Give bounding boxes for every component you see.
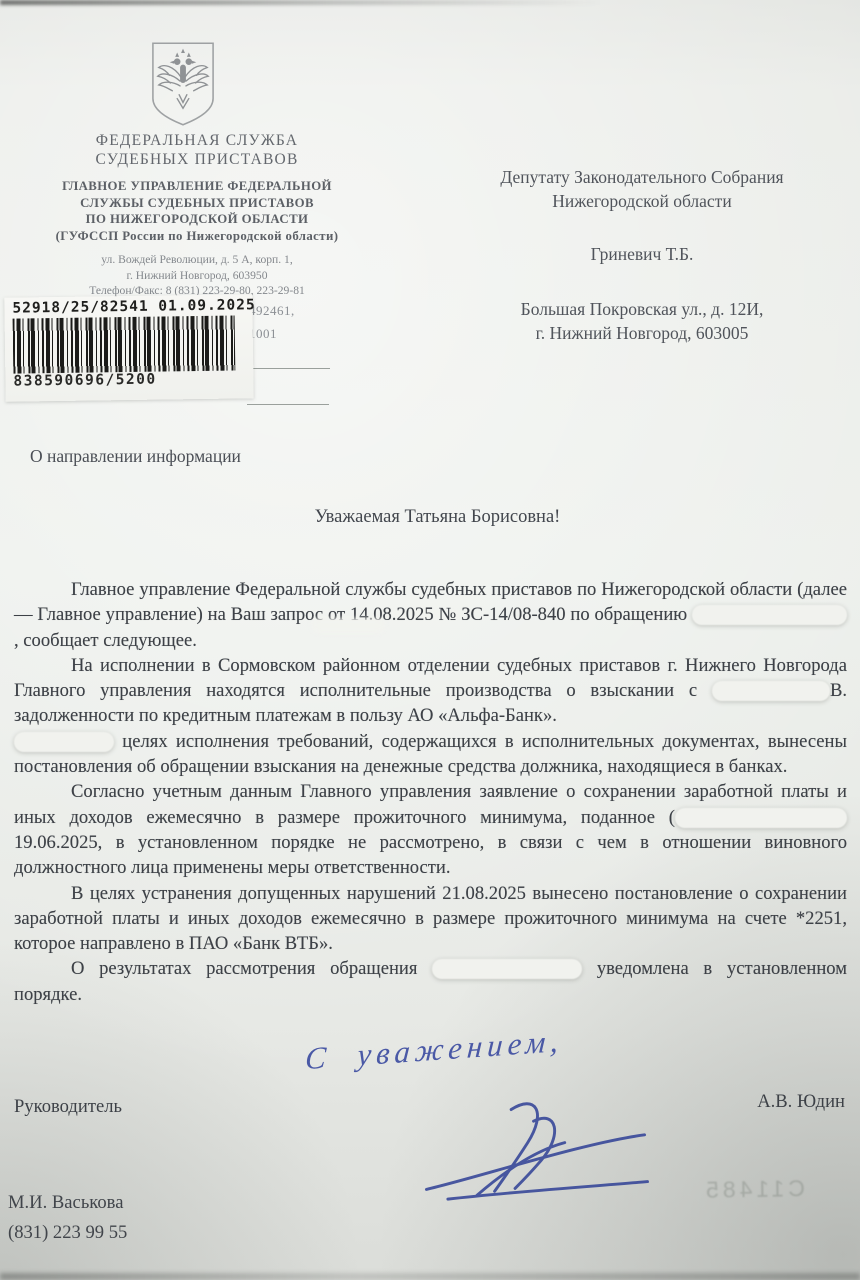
subject-line: О направлении информации [30,446,241,467]
recipient-address-line: г. Нижний Новгород, 603005 [438,321,846,345]
body-text-segment: целях исполнения требований, содержащихс… [14,731,847,777]
department-name: ГЛАВНОЕ УПРАВЛЕНИЕ ФЕДЕРАЛЬНОЙ СЛУЖБЫ СУ… [26,178,368,244]
executor-block: М.И. Васькова (831) 223 99 55 [8,1188,127,1248]
scanned-letter-page: ФЕДЕРАЛЬНАЯ СЛУЖБА СУДЕБНЫХ ПРИСТАВОВ ГЛ… [0,0,860,1280]
show-through-stamp-number: С11485 [702,1175,805,1204]
department-name-line: (ГУФССП России по Нижегородской области) [26,228,368,245]
agency-name-line: ФЕДЕРАЛЬНАЯ СЛУЖБА [38,131,356,150]
correction-smudge [311,618,385,633]
agency-name: ФЕДЕРАЛЬНАЯ СЛУЖБА СУДЕБНЫХ ПРИСТАВОВ [38,131,356,169]
body-paragraph: О результатах рассмотрения обращения уве… [14,956,847,1007]
letterhead-fragment: 492461, [249,303,295,319]
department-name-line: ГЛАВНОЕ УПРАВЛЕНИЕ ФЕДЕРАЛЬНОЙ [26,178,368,195]
recipient-name: Гриневич Т.Б. [438,242,846,266]
salutation: Уважаемая Татьяна Борисовна! [0,507,860,528]
body-paragraph: В целях устранения допущенных нарушений … [14,881,847,957]
recipient-address-line: Большая Покровская ул., д. 12И, [438,297,846,321]
body-text-segment: , сообщает следующее. [14,630,197,651]
registration-barcode-sticker: 52918/25/82541 01.09.2025 838590696/5200 [4,294,253,401]
recipient-title-line: Депутату Законодательного Собрания [438,165,846,189]
body-paragraph: целях исполнения требований, содержащихс… [14,729,847,780]
barcode [13,316,236,374]
agency-name-line: СУДЕБНЫХ ПРИСТАВОВ [38,150,356,169]
scan-edge-shadow-bottom [0,1273,860,1280]
blank-fill-line [248,368,330,369]
recipient-address: Большая Покровская ул., д. 12И, г. Нижни… [438,297,846,345]
body-paragraph: Согласно учетным данным Главного управле… [14,779,847,880]
redaction-blob [432,959,582,979]
letterhead-fragment: 1001 [249,326,277,342]
sender-address-line: г. Нижний Новгород, 603950 [38,268,356,284]
executor-name: М.И. Васькова [8,1188,127,1218]
signer-position: Руководитель [14,1096,122,1118]
signer-name: А.В. Юдин [757,1091,845,1113]
recipient-block: Депутату Законодательного Собрания Нижег… [438,165,846,345]
department-name-line: СЛУЖБЫ СУДЕБНЫХ ПРИСТАВОВ [26,195,368,212]
body-text-segment: 19.06.2025, в установленном порядке не р… [14,832,847,878]
body-text-segment: О результатах рассмотрения обращения [71,958,417,979]
sender-address-line: ул. Вождей Революции, д. 5 А, корп. 1, [38,252,356,268]
blank-fill-line [247,404,329,405]
executor-phone: (831) 223 99 55 [8,1218,127,1248]
redaction-blob [692,605,847,625]
department-name-line: ПО НИЖЕГОРОДСКОЙ ОБЛАСТИ [26,211,368,228]
redaction-blob [14,732,114,752]
redaction-blob [712,681,830,701]
body-paragraph: Главное управление Федеральной службы су… [14,577,847,653]
barcode-number: 838590696/5200 [13,370,253,389]
letter-body: Главное управление Федеральной службы су… [14,577,847,1007]
scan-edge-shadow-top [0,0,602,5]
body-paragraph: На исполнении в Сормовском районном отде… [14,653,847,729]
russia-coat-of-arms-icon [150,40,216,133]
registration-number: 52918/25/82541 01.09.2025 [12,297,252,316]
handwritten-closing: С уважением, [304,1023,564,1077]
recipient-title-line: Нижегородской области [438,189,846,213]
redaction-blob [675,808,847,828]
handwritten-signature-icon [418,1092,653,1209]
